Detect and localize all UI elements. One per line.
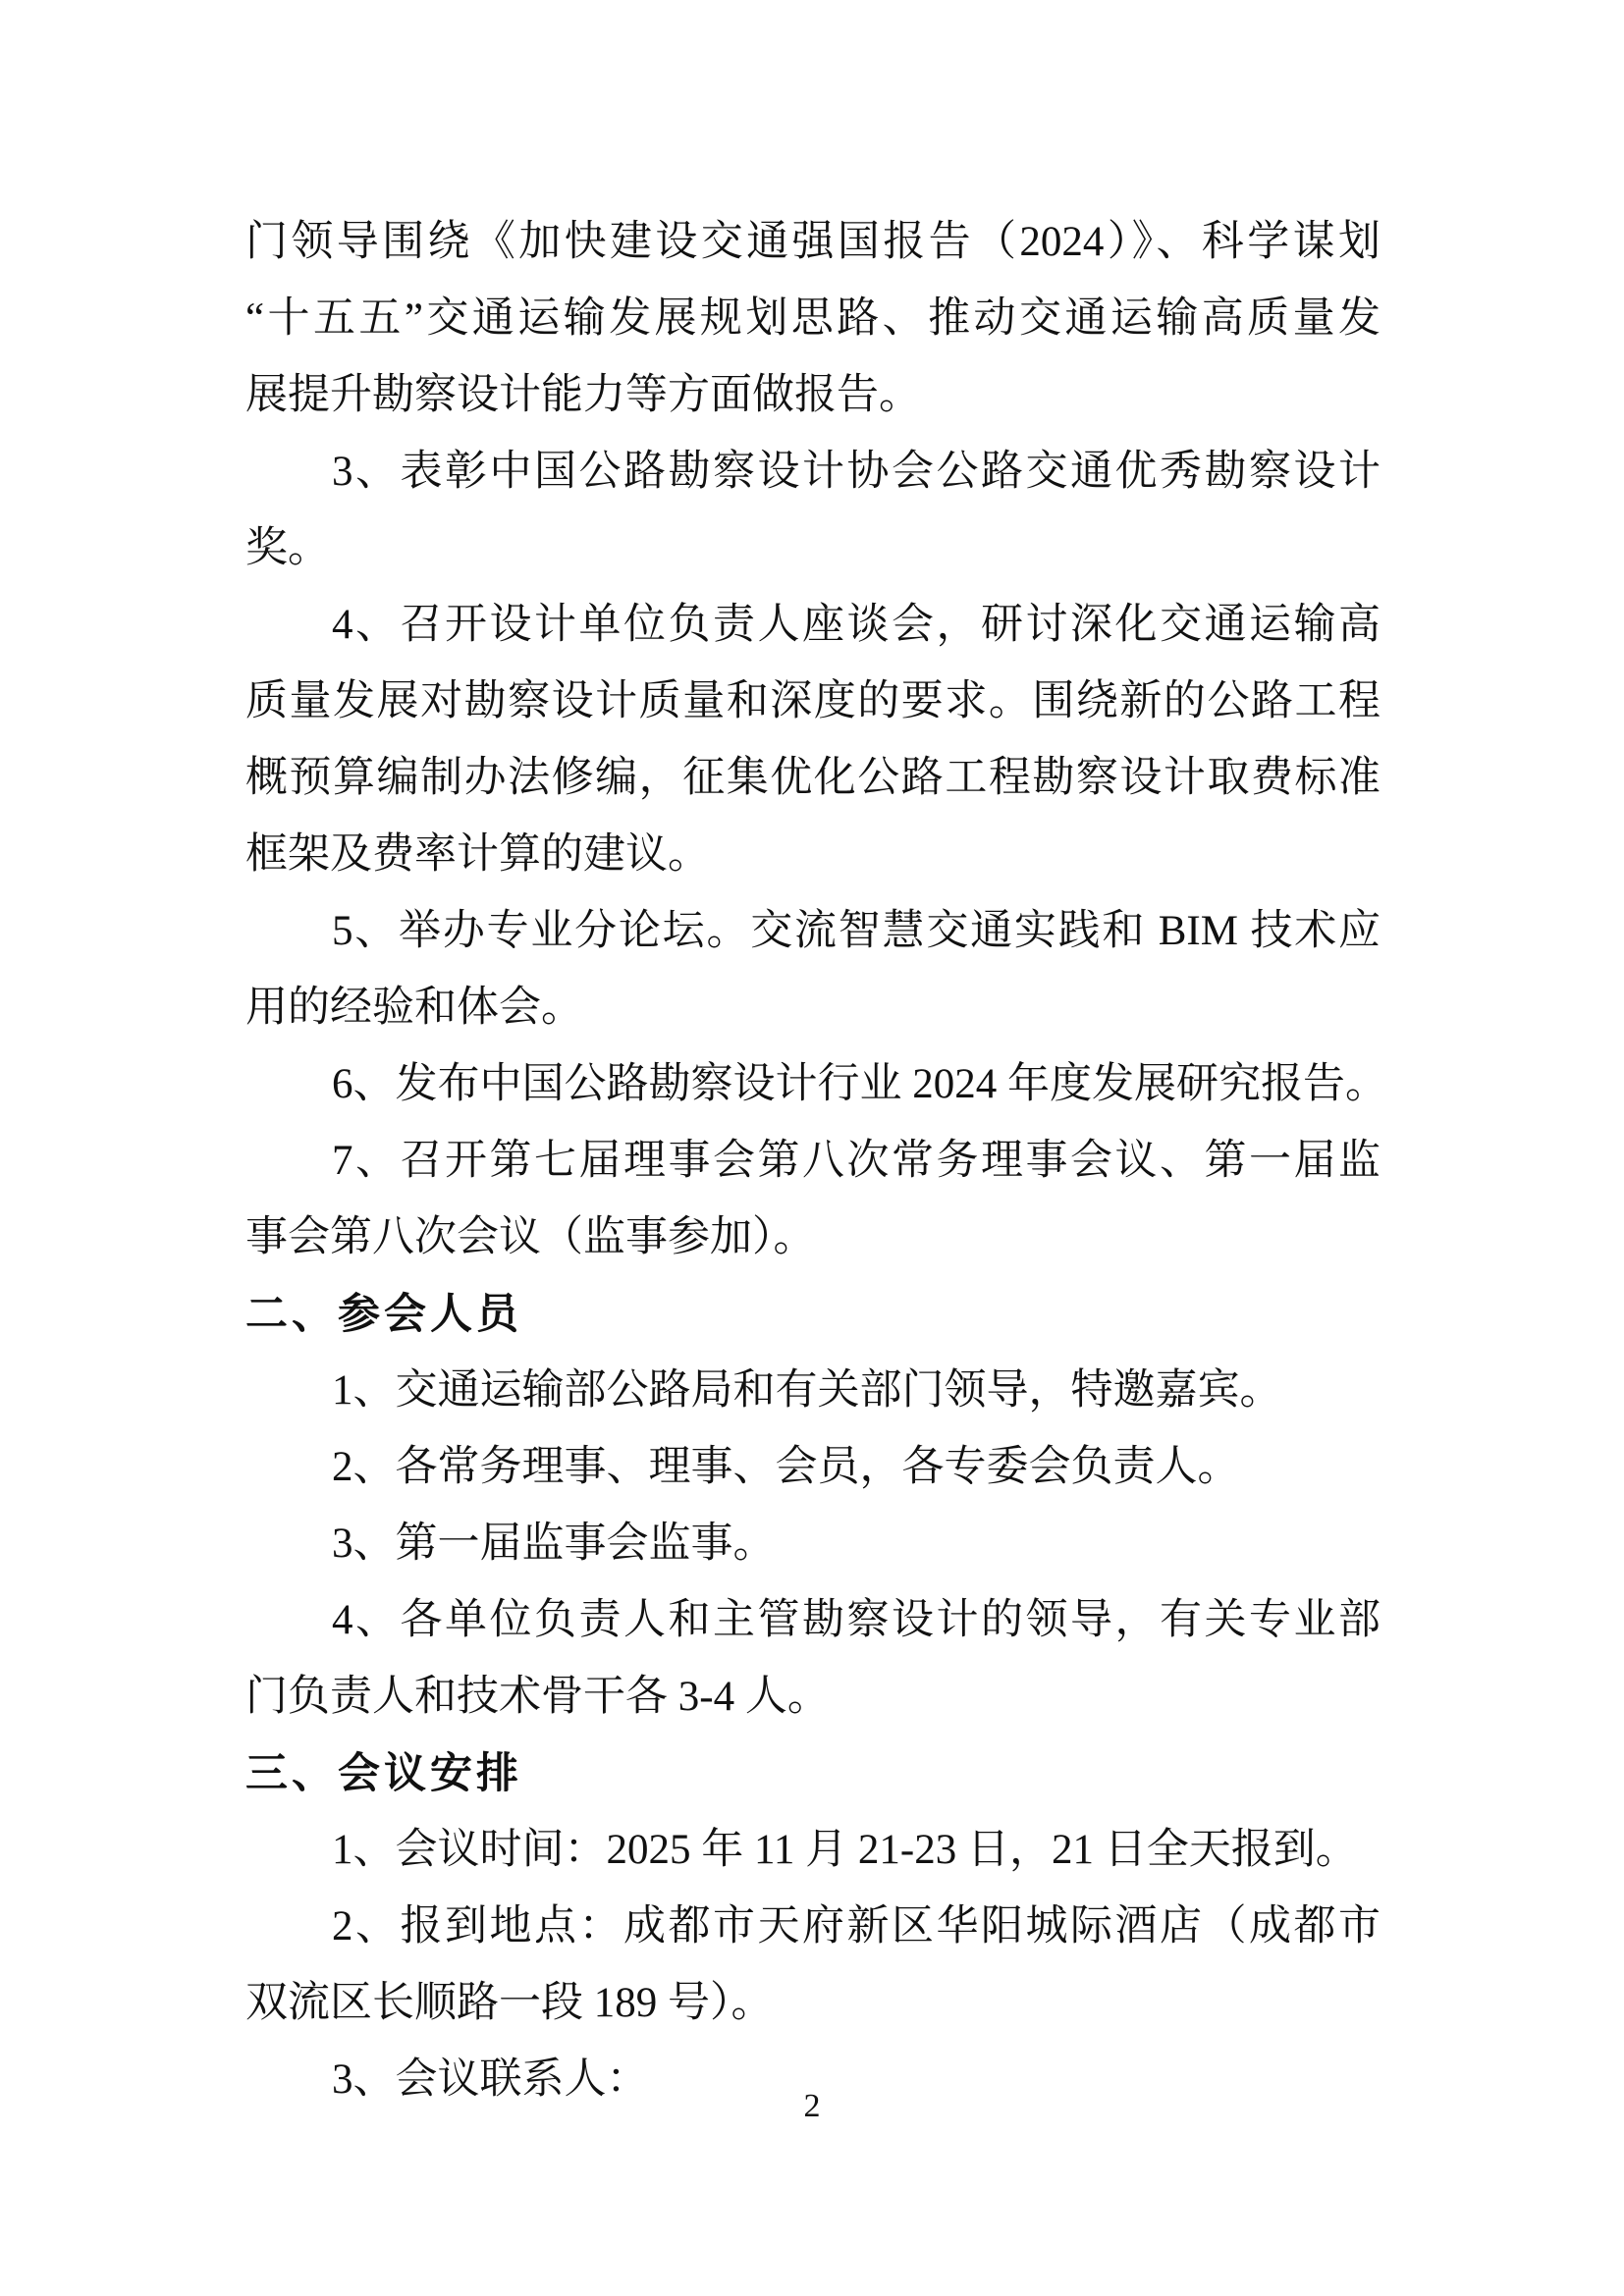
section-heading: 二、参会人员 <box>245 1276 1380 1353</box>
text-line: 3、表彰中国公路勘察设计协会公路交通优秀勘察设计 <box>245 434 1380 510</box>
text-line: 1、会议时间：2025 年 11 月 21-23 日，21 日全天报到。 <box>245 1812 1380 1889</box>
paragraph: 4、召开设计单位负责人座谈会，研讨深化交通运输高 质量发展对勘察设计质量和深度的… <box>245 587 1380 893</box>
text-line: 门负责人和技术骨干各 3-4 人。 <box>245 1659 1380 1735</box>
text-line: 4、各单位负责人和主管勘察设计的领导，有关专业部 <box>245 1582 1380 1659</box>
page-footer: 2 <box>0 2087 1624 2126</box>
section-heading: 三、会议安排 <box>245 1735 1380 1812</box>
text-line: 6、发布中国公路勘察设计行业 2024 年度发展研究报告。 <box>245 1046 1380 1123</box>
text-line: 2、报到地点：成都市天府新区华阳城际酒店（成都市 <box>245 1889 1380 1965</box>
text-line: 展提升勘察设计能力等方面做报告。 <box>245 357 1380 434</box>
paragraph: 1、会议时间：2025 年 11 月 21-23 日，21 日全天报到。 <box>245 1812 1380 1889</box>
text-line: 3、第一届监事会监事。 <box>245 1506 1380 1582</box>
text-line: 2、各常务理事、理事、会员，各专委会负责人。 <box>245 1429 1380 1506</box>
text-line: 框架及费率计算的建议。 <box>245 817 1380 893</box>
paragraph: 7、召开第七届理事会第八次常务理事会议、第一届监 事会第八次会议（监事参加）。 <box>245 1123 1380 1276</box>
text-line: 概预算编制办法修编，征集优化公路工程勘察设计取费标准 <box>245 740 1380 817</box>
paragraph: 2、报到地点：成都市天府新区华阳城际酒店（成都市 双流区长顺路一段 189 号）… <box>245 1889 1380 2042</box>
text-line: 双流区长顺路一段 189 号）。 <box>245 1965 1380 2042</box>
text-line: 用的经验和体会。 <box>245 970 1380 1046</box>
paragraph: 3、表彰中国公路勘察设计协会公路交通优秀勘察设计 奖。 <box>245 434 1380 587</box>
page-number: 2 <box>804 2088 821 2124</box>
paragraph: 门领导围绕《加快建设交通强国报告（2024）》、科学谋划 “十五五”交通运输发展… <box>245 204 1380 434</box>
text-line: 事会第八次会议（监事参加）。 <box>245 1200 1380 1276</box>
text-line: 1、交通运输部公路局和有关部门领导，特邀嘉宾。 <box>245 1353 1380 1429</box>
text-line: 奖。 <box>245 510 1380 587</box>
paragraph: 6、发布中国公路勘察设计行业 2024 年度发展研究报告。 <box>245 1046 1380 1123</box>
paragraph: 4、各单位负责人和主管勘察设计的领导，有关专业部 门负责人和技术骨干各 3-4 … <box>245 1582 1380 1735</box>
paragraph: 2、各常务理事、理事、会员，各专委会负责人。 <box>245 1429 1380 1506</box>
text-line: 质量发展对勘察设计质量和深度的要求。围绕新的公路工程 <box>245 664 1380 740</box>
text-line: 4、召开设计单位负责人座谈会，研讨深化交通运输高 <box>245 587 1380 664</box>
paragraph: 1、交通运输部公路局和有关部门领导，特邀嘉宾。 <box>245 1353 1380 1429</box>
page-body: 门领导围绕《加快建设交通强国报告（2024）》、科学谋划 “十五五”交通运输发展… <box>245 204 1380 2118</box>
text-line: 7、召开第七届理事会第八次常务理事会议、第一届监 <box>245 1123 1380 1200</box>
text-line: “十五五”交通运输发展规划思路、推动交通运输高质量发 <box>245 281 1380 357</box>
paragraph: 5、举办专业分论坛。交流智慧交通实践和 BIM 技术应 用的经验和体会。 <box>245 893 1380 1046</box>
text-line: 门领导围绕《加快建设交通强国报告（2024）》、科学谋划 <box>245 204 1380 281</box>
paragraph: 3、第一届监事会监事。 <box>245 1506 1380 1582</box>
text-line: 5、举办专业分论坛。交流智慧交通实践和 BIM 技术应 <box>245 893 1380 970</box>
document-page: 门领导围绕《加快建设交通强国报告（2024）》、科学谋划 “十五五”交通运输发展… <box>0 0 1624 2296</box>
